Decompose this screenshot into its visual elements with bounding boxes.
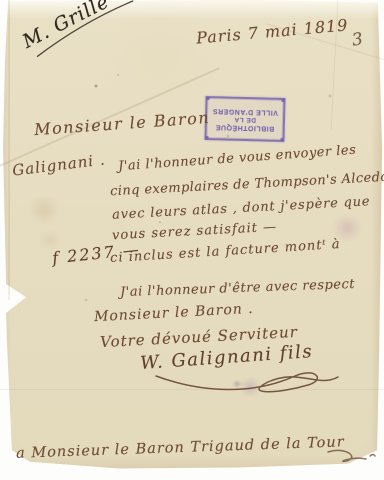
stamp-line: DE LA <box>234 115 256 123</box>
library-stamp: BIBLIOTHÈQUE DE LA VILLE D'ANGERS <box>204 96 285 142</box>
stamp-corner-ornament <box>206 97 209 100</box>
signature-flourish-icon <box>150 364 345 398</box>
stamp-corner-ornament <box>281 99 284 102</box>
stamp-line: BIBLIOTHÈQUE <box>215 122 274 132</box>
stamp-line: VILLE D'ANGERS <box>212 106 278 116</box>
stamp-corner-ornament <box>205 136 208 139</box>
address-flourish-icon <box>326 444 378 466</box>
scanned-letter: M. Grille Paris 7 mai 1819 3 BIBLIOTHÈQU… <box>0 0 384 480</box>
stamp-corner-ornament <box>280 138 283 141</box>
